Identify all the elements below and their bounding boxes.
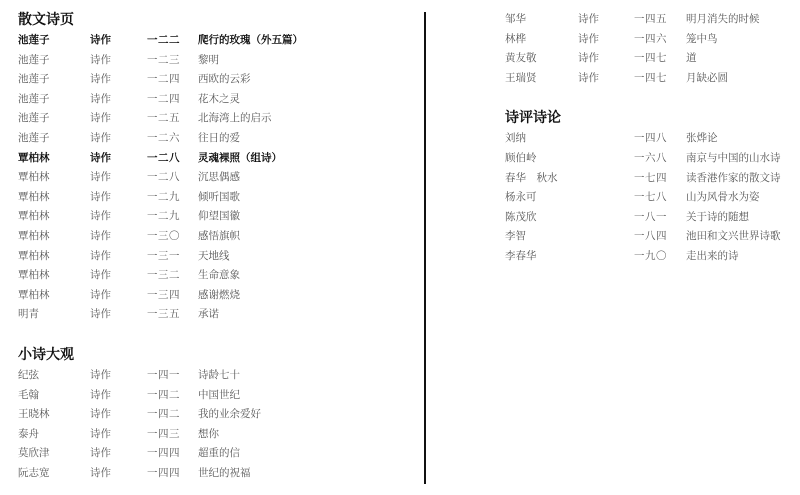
- entry-type: 诗作: [578, 10, 599, 30]
- toc-entry: 覃柏林诗作一三〇感悟旗帜: [18, 227, 418, 247]
- entry-title: 灵魂裸照（组诗）: [198, 149, 282, 169]
- author-name: 刘纳: [505, 129, 526, 149]
- author-name: 覃柏林: [18, 247, 50, 267]
- section-prose-poems: 池莲子诗作一二二爬行的玫瑰（外五篇）池莲子诗作一二三黎明池莲子诗作一二四西欧的云…: [18, 31, 418, 325]
- toc-entry: 池莲子诗作一二三黎明: [18, 51, 418, 71]
- toc-entry: 阮志宽诗作一四四世纪的祝福: [18, 464, 418, 484]
- entry-type: 诗作: [90, 70, 111, 90]
- section-poetry-criticism: 刘纳一四八张烨论顾伯岭一六八南京与中国的山水诗春华 秋水一七四读香港作家的散文诗…: [505, 129, 800, 266]
- page-number: 一四二: [147, 386, 180, 406]
- entry-type: 诗作: [90, 129, 111, 149]
- toc-entry: 邹华诗作一四五明月消失的时候: [505, 10, 800, 30]
- author-name: 池莲子: [18, 51, 50, 71]
- author-name: 邹华: [505, 10, 526, 30]
- page-number: 一四七: [634, 49, 667, 69]
- toc-entry: 毛翰诗作一四二中国世纪: [18, 386, 418, 406]
- page-number: 一二六: [147, 129, 180, 149]
- toc-entry: 李智一八四池田和文兴世界诗歌: [505, 227, 800, 247]
- page-number: 一八四: [634, 227, 667, 247]
- page-number: 一二九: [147, 188, 180, 208]
- entry-title: 笼中鸟: [686, 30, 718, 50]
- author-name: 池莲子: [18, 109, 50, 129]
- entry-type: 诗作: [90, 188, 111, 208]
- entry-title: 黎明: [198, 51, 219, 71]
- entry-type: 诗作: [90, 227, 111, 247]
- entry-title: 往日的爱: [198, 129, 240, 149]
- toc-entry: 池莲子诗作一二六往日的爱: [18, 129, 418, 149]
- toc-entry: 覃柏林诗作一二九倾听国歌: [18, 188, 418, 208]
- entry-title: 月缺必圆: [686, 69, 728, 89]
- entry-type: 诗作: [90, 386, 111, 406]
- author-name: 毛翰: [18, 386, 39, 406]
- author-name: 覃柏林: [18, 286, 50, 306]
- entry-title: 花木之灵: [198, 90, 240, 110]
- entry-type: 诗作: [90, 425, 111, 445]
- entry-type: 诗作: [90, 366, 111, 386]
- entry-title: 明月消失的时候: [686, 10, 760, 30]
- author-name: 池莲子: [18, 90, 50, 110]
- page-number: 一三二: [147, 266, 180, 286]
- entry-title: 道: [686, 49, 697, 69]
- author-name: 覃柏林: [18, 227, 50, 247]
- author-name: 莫欣津: [18, 444, 50, 464]
- author-name: 林桦: [505, 30, 526, 50]
- author-name: 覃柏林: [18, 266, 50, 286]
- entry-type: 诗作: [90, 464, 111, 484]
- column-divider: [424, 12, 426, 484]
- section-title-poetry-criticism: 诗评诗论: [505, 107, 800, 129]
- author-name: 王瑞贤: [505, 69, 537, 89]
- toc-entry: 明青诗作一三五承诺: [18, 305, 418, 325]
- page-number: 一四四: [147, 444, 180, 464]
- author-name: 李春华: [505, 247, 537, 267]
- page-number: 一二四: [147, 70, 180, 90]
- entry-title: 山为风骨水为姿: [686, 188, 760, 208]
- entry-type: 诗作: [90, 305, 111, 325]
- toc-entry: 黄友敬诗作一四七道: [505, 49, 800, 69]
- toc-entry: 覃柏林诗作一二九仰望国徽: [18, 207, 418, 227]
- entry-type: 诗作: [90, 168, 111, 188]
- author-name: 杨永可: [505, 188, 537, 208]
- author-name: 纪弦: [18, 366, 39, 386]
- entry-type: 诗作: [90, 51, 111, 71]
- toc-entry: 池莲子诗作一二二爬行的玫瑰（外五篇）: [18, 31, 418, 51]
- page-number: 一四六: [634, 30, 667, 50]
- entry-type: 诗作: [578, 69, 599, 89]
- author-name: 池莲子: [18, 129, 50, 149]
- section-short-poems: 纪弦诗作一四一诗龄七十毛翰诗作一四二中国世纪王晓林诗作一四二我的业余爱好泰舟诗作…: [18, 366, 418, 484]
- entry-title: 感谢燃烧: [198, 286, 240, 306]
- entry-title: 张烨论: [686, 129, 718, 149]
- author-name: 春华 秋水: [505, 169, 558, 189]
- page-number: 一三一: [147, 247, 180, 267]
- author-name: 泰舟: [18, 425, 39, 445]
- author-name: 王晓林: [18, 405, 50, 425]
- toc-entry: 李春华一九〇走出来的诗: [505, 247, 800, 267]
- toc-entry: 池莲子诗作一二四花木之灵: [18, 90, 418, 110]
- entry-type: 诗作: [90, 149, 111, 169]
- author-name: 覃柏林: [18, 207, 50, 227]
- page-number: 一二八: [147, 149, 180, 169]
- entry-title: 北海湾上的启示: [198, 109, 272, 129]
- toc-entry: 陈茂欣一八一关于诗的随想: [505, 208, 800, 228]
- toc-entry: 杨永可一七八山为风骨水为姿: [505, 188, 800, 208]
- toc-entry: 春华 秋水一七四读香港作家的散文诗: [505, 169, 800, 189]
- section-title-prose-poems: 散文诗页: [18, 9, 418, 31]
- toc-entry: 泰舟诗作一四三想你: [18, 425, 418, 445]
- entry-title: 天地线: [198, 247, 230, 267]
- entry-title: 世纪的祝福: [198, 464, 251, 484]
- entry-type: 诗作: [90, 90, 111, 110]
- entry-type: 诗作: [90, 31, 111, 51]
- entry-type: 诗作: [578, 30, 599, 50]
- entry-title: 走出来的诗: [686, 247, 739, 267]
- page-number: 一九〇: [634, 247, 667, 267]
- entry-type: 诗作: [90, 207, 111, 227]
- author-name: 黄友敬: [505, 49, 537, 69]
- page-number: 一二九: [147, 207, 180, 227]
- page-number: 一三四: [147, 286, 180, 306]
- entry-type: 诗作: [90, 444, 111, 464]
- page-number: 一二二: [147, 31, 180, 51]
- toc-entry: 王晓林诗作一四二我的业余爱好: [18, 405, 418, 425]
- entry-type: 诗作: [90, 286, 111, 306]
- toc-entry: 王瑞贤诗作一四七月缺必圆: [505, 69, 800, 89]
- page-number: 一七八: [634, 188, 667, 208]
- toc-entry: 林桦诗作一四六笼中鸟: [505, 30, 800, 50]
- entry-title: 仰望国徽: [198, 207, 240, 227]
- entry-type: 诗作: [90, 405, 111, 425]
- page-number: 一七四: [634, 169, 667, 189]
- toc-entry: 覃柏林诗作一三一天地线: [18, 247, 418, 267]
- author-name: 池莲子: [18, 31, 50, 51]
- page-number: 一四七: [634, 69, 667, 89]
- entry-title: 读香港作家的散文诗: [686, 169, 781, 189]
- page-number: 一二五: [147, 109, 180, 129]
- page-number: 一四一: [147, 366, 180, 386]
- entry-title: 南京与中国的山水诗: [686, 149, 781, 169]
- toc-entry: 刘纳一四八张烨论: [505, 129, 800, 149]
- entry-title: 感悟旗帜: [198, 227, 240, 247]
- page-number: 一二八: [147, 168, 180, 188]
- toc-entry: 池莲子诗作一二五北海湾上的启示: [18, 109, 418, 129]
- right-column: 邹华诗作一四五明月消失的时候林桦诗作一四六笼中鸟黄友敬诗作一四七道王瑞贤诗作一四…: [505, 0, 800, 267]
- entry-title: 诗龄七十: [198, 366, 240, 386]
- entry-title: 西欧的云彩: [198, 70, 251, 90]
- entry-title: 关于诗的随想: [686, 208, 749, 228]
- page-number: 一三五: [147, 305, 180, 325]
- author-name: 陈茂欣: [505, 208, 537, 228]
- toc-entry: 覃柏林诗作一二八灵魂裸照（组诗）: [18, 149, 418, 169]
- toc-entry: 纪弦诗作一四一诗龄七十: [18, 366, 418, 386]
- toc-entry: 覃柏林诗作一二八沉思偶感: [18, 168, 418, 188]
- entry-type: 诗作: [90, 266, 111, 286]
- page-number: 一四三: [147, 425, 180, 445]
- author-name: 覃柏林: [18, 168, 50, 188]
- page-number: 一二四: [147, 90, 180, 110]
- page-number: 一四八: [634, 129, 667, 149]
- page-number: 一二三: [147, 51, 180, 71]
- author-name: 覃柏林: [18, 149, 50, 169]
- entry-title: 中国世纪: [198, 386, 240, 406]
- entry-title: 承诺: [198, 305, 219, 325]
- page-number: 一四二: [147, 405, 180, 425]
- author-name: 明青: [18, 305, 39, 325]
- entry-title: 倾听国歌: [198, 188, 240, 208]
- entry-title: 池田和文兴世界诗歌: [686, 227, 781, 247]
- author-name: 李智: [505, 227, 526, 247]
- page-number: 一八一: [634, 208, 667, 228]
- entry-title: 生命意象: [198, 266, 240, 286]
- author-name: 覃柏林: [18, 188, 50, 208]
- author-name: 阮志宽: [18, 464, 50, 484]
- entry-title: 沉思偶感: [198, 168, 240, 188]
- author-name: 池莲子: [18, 70, 50, 90]
- toc-entry: 莫欣津诗作一四四超重的信: [18, 444, 418, 464]
- page-number: 一四五: [634, 10, 667, 30]
- toc-entry: 池莲子诗作一二四西欧的云彩: [18, 70, 418, 90]
- entry-title: 超重的信: [198, 444, 240, 464]
- toc-entry: 顾伯岭一六八南京与中国的山水诗: [505, 149, 800, 169]
- entry-title: 我的业余爱好: [198, 405, 261, 425]
- page-number: 一六八: [634, 149, 667, 169]
- entry-type: 诗作: [578, 49, 599, 69]
- entry-title: 想你: [198, 425, 219, 445]
- left-column: 散文诗页 池莲子诗作一二二爬行的玫瑰（外五篇）池莲子诗作一二三黎明池莲子诗作一二…: [18, 0, 418, 483]
- section-title-short-poems: 小诗大观: [18, 344, 418, 366]
- page-number: 一三〇: [147, 227, 180, 247]
- author-name: 顾伯岭: [505, 149, 537, 169]
- entry-title: 爬行的玫瑰（外五篇）: [198, 31, 303, 51]
- toc-entry: 覃柏林诗作一三二生命意象: [18, 266, 418, 286]
- page-number: 一四四: [147, 464, 180, 484]
- entry-type: 诗作: [90, 109, 111, 129]
- toc-entry: 覃柏林诗作一三四感谢燃烧: [18, 286, 418, 306]
- section-short-poems-continued: 邹华诗作一四五明月消失的时候林桦诗作一四六笼中鸟黄友敬诗作一四七道王瑞贤诗作一四…: [505, 10, 800, 88]
- entry-type: 诗作: [90, 247, 111, 267]
